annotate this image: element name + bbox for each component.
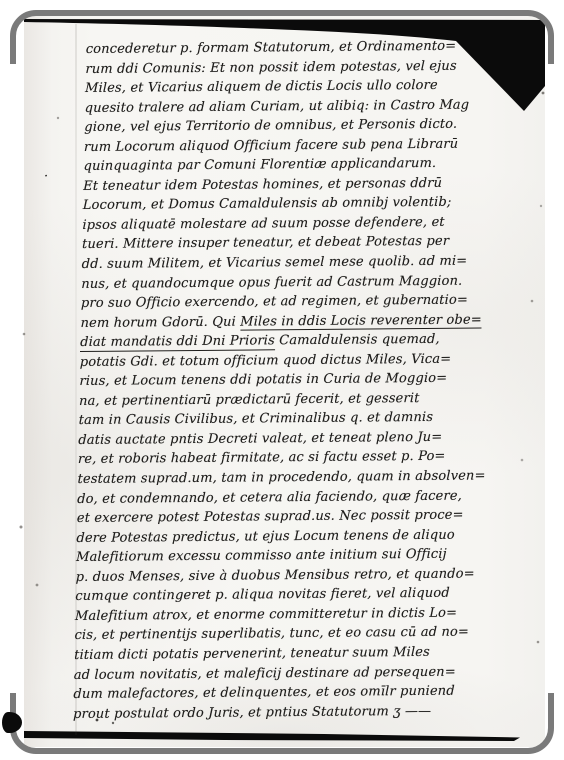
- manuscript-line: quesito tralere ad aliam Curiam, ut alib…: [84, 95, 530, 118]
- manuscript-line: et exercere potest Potestas suprad.us. N…: [77, 505, 523, 528]
- frame-side-gap-left: [7, 64, 19, 693]
- bottom-scan-band: [24, 731, 520, 741]
- margin-dot: ·: [44, 169, 48, 184]
- paper-specks: [24, 16, 26, 18]
- manuscript-line: nem horum Gdorū. Qui Miles in ddis Locis…: [80, 310, 526, 333]
- manuscript-photo: concederetur p. formam Statutorum, et Or…: [24, 16, 545, 747]
- manuscript-line: prout postulat ordo Juris, et pntius Sta…: [73, 701, 519, 724]
- manuscript-text: concederetur p. formam Statutorum, et Or…: [73, 36, 532, 724]
- underlined-phrase: Miles in ddis Locis reverenter obe=: [240, 312, 482, 331]
- scan-blot: [2, 712, 22, 733]
- manuscript-line: cis, et pertinentijs superlibatis, tunc,…: [74, 622, 520, 645]
- frame-side-gap-right: [545, 64, 557, 693]
- manuscript-lines: concederetur p. formam Statutorum, et Or…: [73, 36, 532, 724]
- underlined-phrase: diat mandatis ddi Dni Prioris: [80, 333, 275, 351]
- manuscript-line: dum malefactores, et delinquentes, et eo…: [73, 681, 519, 704]
